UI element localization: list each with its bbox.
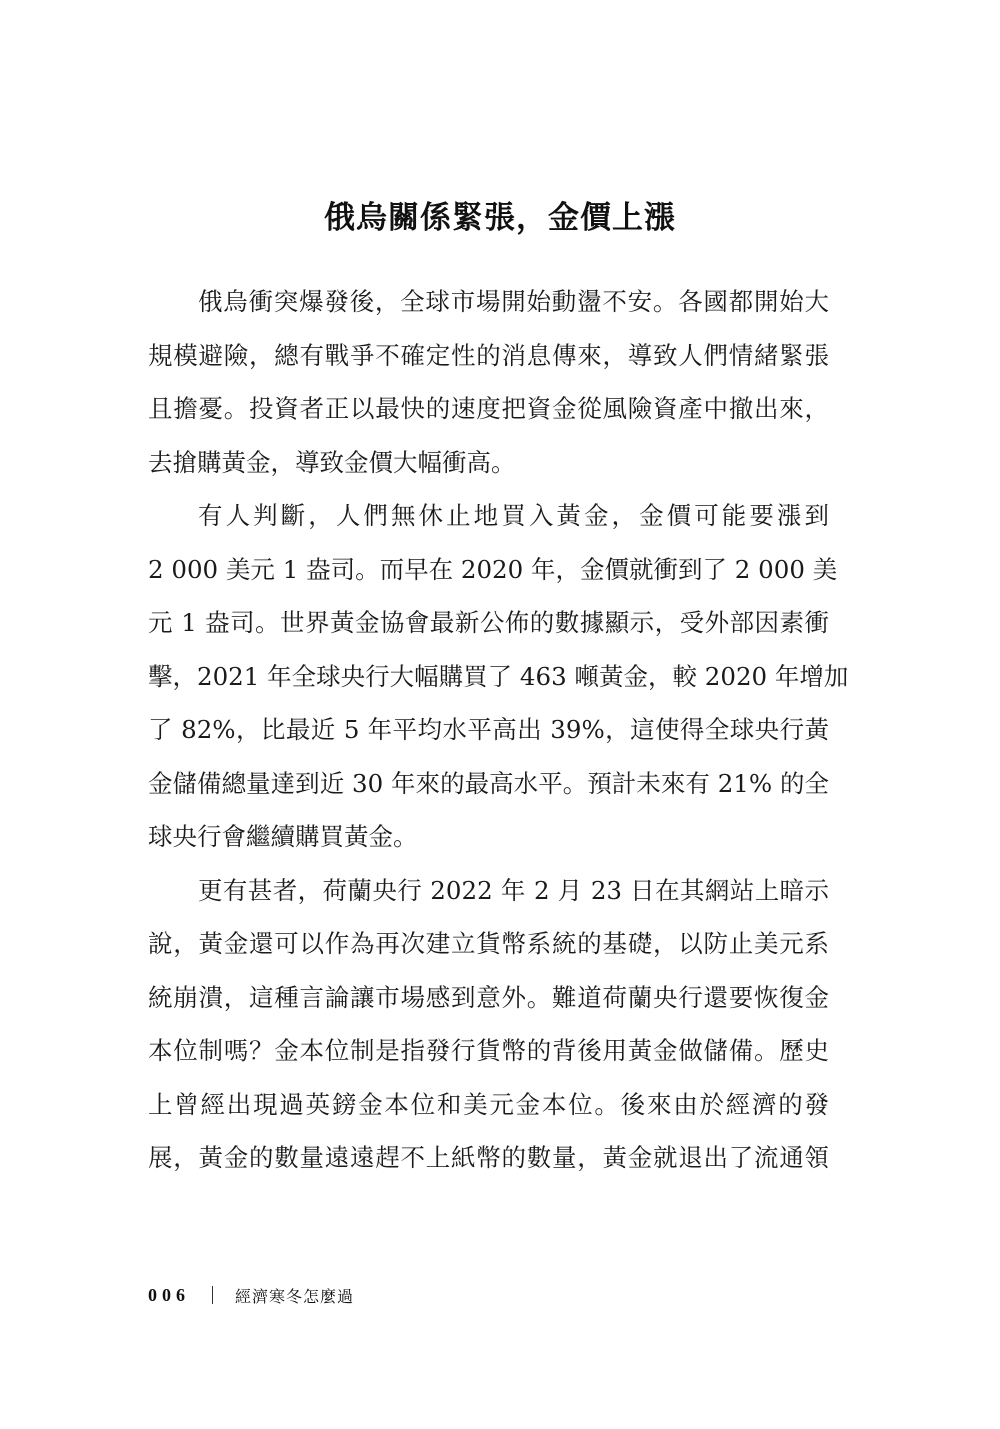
text-line: 說，黃金還可以作為再次建立貨幣系統的基礎，以防止美元系 [148, 924, 829, 978]
text-line: 且擔憂。投資者正以最快的速度把資金從風險資產中撤出來， [148, 389, 829, 443]
text-line: 上曾經出現過英鎊金本位和美元金本位。後來由於經濟的發 [148, 1085, 829, 1139]
page-number: 006 [148, 1285, 190, 1306]
text-line: 更有甚者，荷蘭央行 2022 年 2 月 23 日在其網站上暗示 [148, 871, 829, 925]
book-title: 經濟寒冬怎麼過 [235, 1284, 354, 1307]
text-line: 規模避險，總有戰爭不確定性的消息傳來，導致人們情緒緊張 [148, 336, 829, 390]
text-line: 有人判斷，人們無休止地買入黃金，金價可能要漲到 [148, 496, 829, 550]
text-line: 統崩潰，這種言論讓市場感到意外。難道荷蘭央行還要恢復金 [148, 978, 829, 1032]
paragraph-1: 俄烏衝突爆發後，全球市場開始動盪不安。各國都開始大 規模避險，總有戰爭不確定性的… [148, 282, 829, 496]
text-line: 了 82%，比最近 5 年平均水平高出 39%，這使得全球央行黃 [148, 710, 829, 764]
text-line: 球央行會繼續購買黃金。 [148, 817, 829, 871]
text-line: 金儲備總量達到近 30 年來的最高水平。預計未來有 21% 的全 [148, 764, 829, 818]
paragraph-3: 更有甚者，荷蘭央行 2022 年 2 月 23 日在其網站上暗示 說，黃金還可以… [148, 871, 829, 1192]
text-line: 本位制嗎？金本位制是指發行貨幣的背後用黃金做儲備。歷史 [148, 1031, 829, 1085]
text-line: 擊，2021 年全球央行大幅購買了 463 噸黃金，較 2020 年增加 [148, 657, 829, 711]
footer-divider [212, 1286, 213, 1304]
page-footer: 006 經濟寒冬怎麼過 [148, 1282, 354, 1308]
text-line: 2 000 美元 1 盎司。而早在 2020 年，金價就衝到了 2 000 美 [148, 550, 829, 604]
page-title: 俄烏關係緊張，金價上漲 [0, 193, 1000, 243]
text-line: 元 1 盎司。世界黃金協會最新公佈的數據顯示，受外部因素衝 [148, 603, 829, 657]
text-line: 去搶購黃金，導致金價大幅衝高。 [148, 443, 829, 497]
text-line: 展，黃金的數量遠遠趕不上紙幣的數量，黃金就退出了流通領 [148, 1138, 829, 1192]
article-body: 俄烏衝突爆發後，全球市場開始動盪不安。各國都開始大 規模避險，總有戰爭不確定性的… [148, 282, 829, 1192]
paragraph-2: 有人判斷，人們無休止地買入黃金，金價可能要漲到 2 000 美元 1 盎司。而早… [148, 496, 829, 871]
text-line: 俄烏衝突爆發後，全球市場開始動盪不安。各國都開始大 [148, 282, 829, 336]
